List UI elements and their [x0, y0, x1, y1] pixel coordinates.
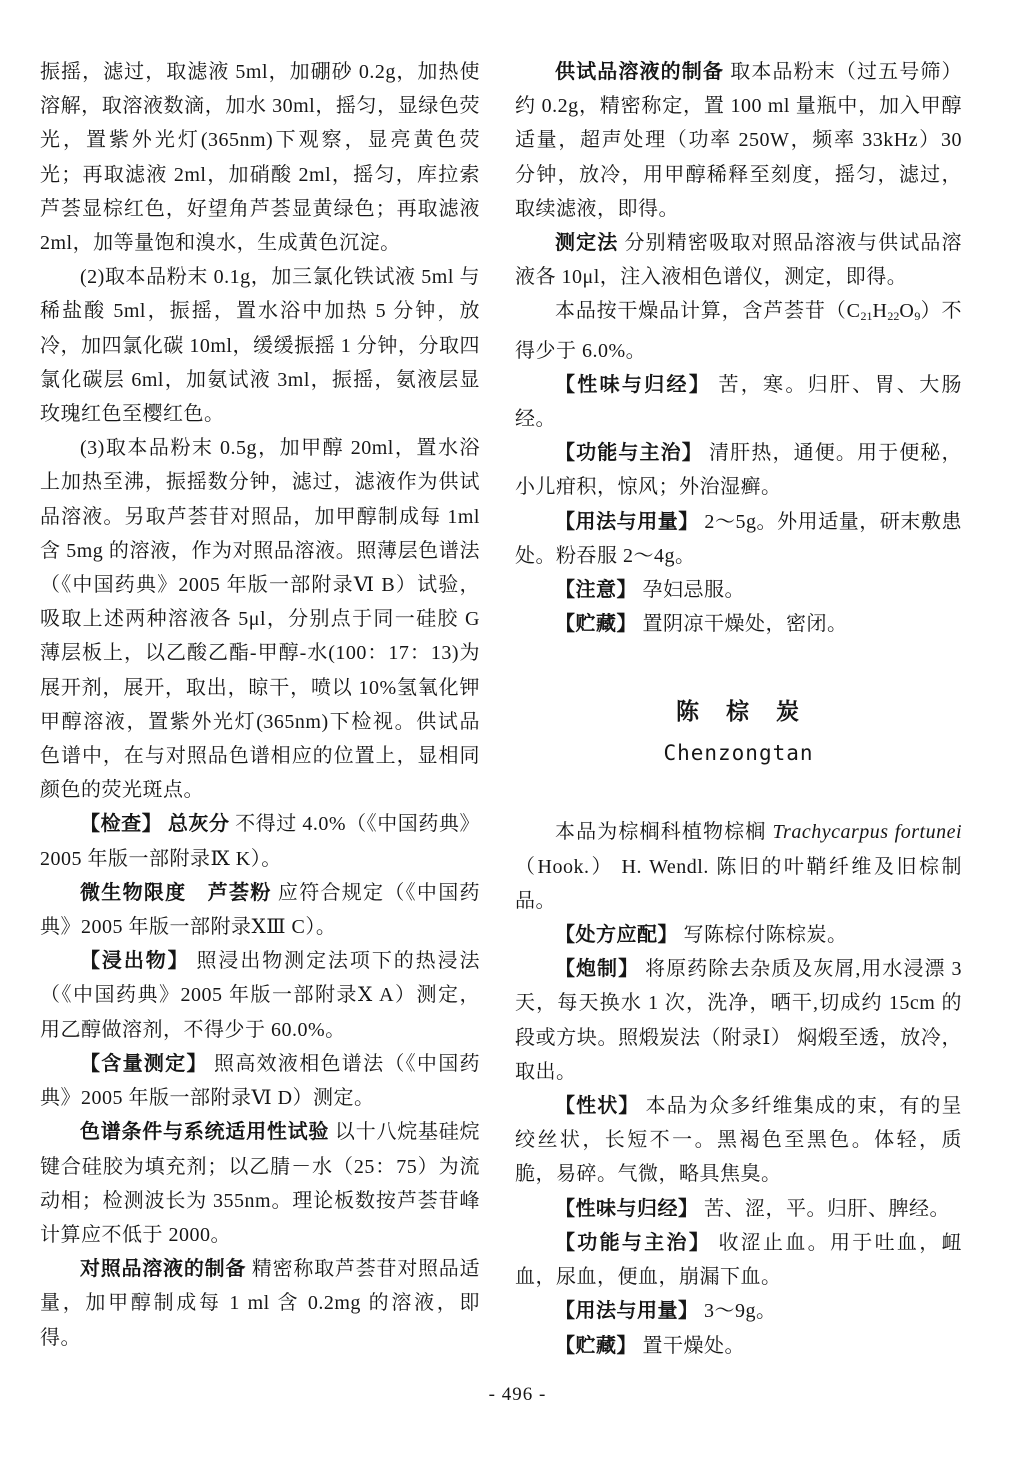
paragraph-heading: 微生物限度 芦荟粉: [80, 882, 272, 904]
paragraph-heading: 对照品溶液的制备: [80, 1258, 246, 1280]
paragraph-heading: 【检查】 总灰分: [80, 813, 230, 835]
spacer: [515, 773, 962, 815]
paragraph-text: 振摇，滤过，取滤液 5ml，加硼砂 0.2g，加热使溶解，取溶液数滴，加水 30…: [40, 61, 480, 254]
paragraph: 【注意】 孕妇忌服。: [515, 573, 962, 607]
paragraph: 本品为棕榈科植物棕榈 Trachycarpus fortunei（Hook.） …: [515, 815, 962, 918]
paragraph-text: 孕妇忌服。: [637, 579, 745, 601]
paragraph: (3)取本品粉末 0.5g，加甲醇 20ml，置水浴上加热至沸，振摇数分钟，滤过…: [40, 431, 480, 807]
paragraph-text: 3～9g。: [699, 1300, 777, 1322]
paragraph-heading: 色谱条件与系统适用性试验: [80, 1121, 329, 1143]
paragraph: 【用法与用量】 2～5g。外用适量，研末敷患处。粉吞服 2～4g。: [515, 505, 962, 573]
paragraph-text: H: [872, 300, 887, 322]
paragraph: 【处方应配】 写陈棕付陈棕炭。: [515, 918, 962, 952]
monograph-title-cn: 陈 棕 炭: [515, 691, 962, 733]
paragraph: 色谱条件与系统适用性试验 以十八烷基硅烷键合硅胶为填充剂；以乙腈－水（25：75…: [40, 1115, 480, 1252]
paragraph: 【功能与主治】 清肝热，通便。用于便秘，小儿疳积，惊风；外治湿癣。: [515, 436, 962, 504]
paragraph: 【性味与归经】 苦、涩，平。归肝、脾经。: [515, 1192, 962, 1226]
page-number: - 496 -: [0, 1380, 1035, 1410]
spacer: [515, 641, 962, 691]
paragraph-heading: 【性味与归经】: [555, 1198, 699, 1220]
paragraph-heading: 测定法: [555, 232, 618, 254]
paragraph-text: 置阴凉干燥处，密闭。: [637, 613, 848, 635]
paragraph-heading: 【处方应配】: [555, 924, 678, 946]
paragraph-heading: 【注意】: [555, 579, 637, 601]
paragraph-text: 置干燥处。: [637, 1335, 745, 1357]
paragraph-text: 取本品粉末（过五号筛）约 0.2g，精密称定，置 100 ml 量瓶中，加入甲醇…: [515, 61, 962, 220]
paragraph-heading: 【功能与主治】: [555, 442, 703, 464]
paragraph: 【贮藏】 置干燥处。: [515, 1329, 962, 1363]
paragraph-heading: 【含量测定】: [80, 1053, 208, 1075]
paragraph: 【功能与主治】 收涩止血。用于吐血，衄血，尿血，便血，崩漏下血。: [515, 1226, 962, 1294]
paragraph: 对照品溶液的制备 精密称取芦荟苷对照品适量，加甲醇制成每 1 ml 含 0.2m…: [40, 1252, 480, 1355]
paragraph: 【用法与用量】 3～9g。: [515, 1294, 962, 1328]
paragraph: 【性味与归经】 苦，寒。归肝、胃、大肠经。: [515, 368, 962, 436]
right-column: 供试品溶液的制备 取本品粉末（过五号筛）约 0.2g，精密称定，置 100 ml…: [515, 55, 962, 1363]
paragraph: 测定法 分别精密吸取对照品溶液与供试品溶液各 10μl，注入液相色谱仪，测定，即…: [515, 226, 962, 294]
paragraph-heading: 【浸出物】: [80, 950, 190, 972]
paragraph-heading: 供试品溶液的制备: [555, 61, 724, 83]
paragraph: 【检查】 总灰分 不得过 4.0%（《中国药典》2005 年版一部附录Ⅸ K）。: [40, 807, 480, 875]
paragraph-heading: 【用法与用量】: [555, 1300, 699, 1322]
paragraph-heading: 【炮制】: [555, 958, 639, 980]
paragraph-text: O: [899, 300, 914, 322]
paragraph-heading: 【贮藏】: [555, 1335, 637, 1357]
paragraph-heading: 【功能与主治】: [555, 1232, 711, 1254]
monograph-title-pinyin: Chenzongtan: [515, 733, 962, 773]
paragraph-text: 苦、涩，平。归肝、脾经。: [699, 1198, 951, 1220]
paragraph-text: (2)取本品粉末 0.1g，加三氯化铁试液 5ml 与稀盐酸 5ml，振摇，置水…: [40, 266, 480, 425]
paragraph: 【性状】 本品为众多纤维集成的束，有的呈绞丝状，长短不一。黑褐色至黑色。体轻，质…: [515, 1089, 962, 1192]
paragraph-text: 写陈棕付陈棕炭。: [678, 924, 848, 946]
paragraph: 【含量测定】 照高效液相色谱法（《中国药典》2005 年版一部附录Ⅵ D）测定。: [40, 1047, 480, 1115]
paragraph-text: 本品为棕榈科植物棕榈: [555, 821, 773, 843]
paragraph: 【贮藏】 置阴凉干燥处，密闭。: [515, 607, 962, 641]
paragraph: (2)取本品粉末 0.1g，加三氯化铁试液 5ml 与稀盐酸 5ml，振摇，置水…: [40, 260, 480, 431]
paragraph-text: 本品按干燥品计算，含芦荟苷（C: [555, 300, 860, 322]
paragraph-heading: 【性状】: [555, 1095, 640, 1117]
paragraph: 振摇，滤过，取滤液 5ml，加硼砂 0.2g，加热使溶解，取溶液数滴，加水 30…: [40, 55, 480, 260]
paragraph: 供试品溶液的制备 取本品粉末（过五号筛）约 0.2g，精密称定，置 100 ml…: [515, 55, 962, 226]
paragraph: 微生物限度 芦荟粉 应符合规定（《中国药典》2005 年版一部附录ⅩⅢ C）。: [40, 876, 480, 944]
paragraph-text: （Hook.） H. Wendl. 陈旧的叶鞘纤维及旧棕制品。: [515, 856, 962, 912]
pharmacopoeia-page: 振摇，滤过，取滤液 5ml，加硼砂 0.2g，加热使溶解，取溶液数滴，加水 30…: [0, 0, 1035, 1479]
paragraph-heading: 【用法与用量】: [555, 511, 699, 533]
paragraph-text: 21: [860, 309, 872, 323]
left-column: 振摇，滤过，取滤液 5ml，加硼砂 0.2g，加热使溶解，取溶液数滴，加水 30…: [40, 55, 480, 1355]
paragraph-heading: 【贮藏】: [555, 613, 637, 635]
paragraph-text: Trachycarpus fortunei: [773, 821, 962, 843]
paragraph-text: 22: [887, 309, 899, 323]
paragraph: 本品按干燥品计算，含芦荟苷（C21H22O9）不得少于 6.0%。: [515, 294, 962, 367]
paragraph: 【炮制】 将原药除去杂质及灰屑,用水浸漂 3 天，每天换水 1 次，洗净，晒干,…: [515, 952, 962, 1089]
paragraph: 【浸出物】 照浸出物测定法项下的热浸法（《中国药典》2005 年版一部附录Ⅹ A…: [40, 944, 480, 1047]
paragraph-heading: 【性味与归经】: [555, 374, 711, 396]
paragraph-text: (3)取本品粉末 0.5g，加甲醇 20ml，置水浴上加热至沸，振摇数分钟，滤过…: [40, 437, 480, 801]
